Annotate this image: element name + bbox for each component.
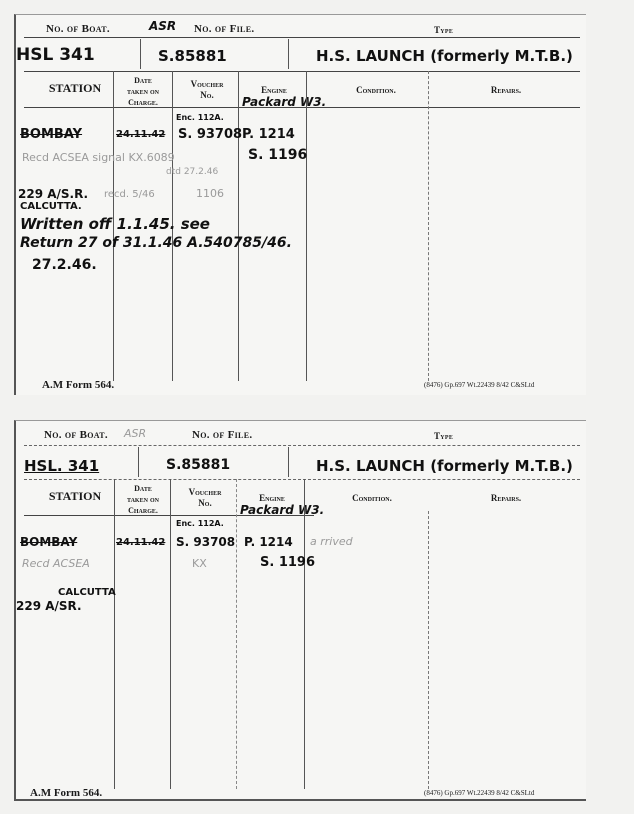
date-header: Datetaken onCharge. xyxy=(114,483,172,516)
file-number: S.85881 xyxy=(158,47,227,65)
engine-entry-2: S. 1196 xyxy=(260,555,315,570)
faint-entry: Recd ACSEA signal KX.6089 xyxy=(22,151,175,164)
form-number: A.M Form 564. xyxy=(42,379,114,391)
faint-entry: Recd ACSEA xyxy=(22,557,90,570)
boat-annotation: ASR xyxy=(149,19,176,33)
boat-number: HSL. 341 xyxy=(24,457,99,475)
engine-entry-2: S. 1196 xyxy=(248,147,307,163)
repairs-header: Repairs. xyxy=(436,493,576,504)
remark-line-1: Written off 1.1.45. see xyxy=(20,215,210,233)
boat-annotation: ASR xyxy=(124,427,146,440)
repairs-header: Repairs. xyxy=(436,85,576,96)
voucher-header: VoucherNo. xyxy=(174,79,240,101)
type-label: Type xyxy=(434,431,453,441)
condition-header: Condition. xyxy=(312,493,432,504)
engine-entry-1: P. 1214 xyxy=(244,535,293,549)
station-header: STATION xyxy=(30,83,120,94)
file-no-label: No. of File. xyxy=(194,23,254,35)
boat-type: H.S. LAUNCH (formerly M.T.B.) xyxy=(316,457,573,475)
boat-no-label: No. of Boat. xyxy=(46,23,110,35)
voucher-note: Enc. 112A. xyxy=(176,113,224,122)
remark-line-3: 27.2.46. xyxy=(32,257,97,273)
date-entry-1: 24.11.42 xyxy=(116,537,165,548)
form-number: A.M Form 564. xyxy=(30,787,102,799)
station-entry-2: 229 A/S.R. xyxy=(18,187,88,201)
boat-number: HSL 341 xyxy=(16,45,95,65)
station-entry-2: 229 A/SR. xyxy=(16,599,82,613)
station-entry-2-note: recd. 5/46 xyxy=(104,189,155,200)
condition-faint-entry: a rrived xyxy=(310,535,353,548)
boat-no-label: No. of Boat. xyxy=(44,429,108,441)
station-entry-2b: CALCUTTA. xyxy=(20,201,82,212)
condition-header: Condition. xyxy=(316,85,436,96)
voucher-entry-1: S. 93708 xyxy=(176,535,235,549)
station-header: STATION xyxy=(30,491,120,502)
print-code: (8476) Gp.697 Wt.22439 8/42 C&SLtd xyxy=(424,381,534,389)
station-entry-1: BOMBAY xyxy=(20,535,77,549)
remark-line-2: Return 27 of 31.1.46 A.540785/46. xyxy=(20,235,292,251)
boat-record-card-2: No. of Boat. ASR No. of File. Type HSL. … xyxy=(14,420,586,801)
station-entry-2b: CALCUTTA xyxy=(58,587,116,598)
voucher-header: VoucherNo. xyxy=(172,487,238,509)
print-code: (8476) Gp.697 Wt.22439 8/42 C&SLtd xyxy=(424,789,534,797)
faint-entry-2: dtd 27.2.46 xyxy=(166,167,218,177)
voucher-entry-2: 1106 xyxy=(196,187,224,200)
boat-record-card-1: No. of Boat. ASR No. of File. Type HSL 3… xyxy=(14,14,586,395)
date-header: Datetaken onCharge. xyxy=(114,75,172,108)
file-no-label: No. of File. xyxy=(192,429,252,441)
date-entry-1: 24.11.42 xyxy=(116,129,165,140)
voucher-entry-1: S. 93708 xyxy=(178,127,242,142)
file-number: S.85881 xyxy=(166,457,230,473)
type-label: Type xyxy=(434,25,453,35)
boat-type: H.S. LAUNCH (formerly M.T.B.) xyxy=(316,47,573,65)
voucher-faint-entry: KX xyxy=(192,557,207,570)
voucher-note: Enc. 112A. xyxy=(176,519,224,528)
station-entry-1: BOMBAY xyxy=(20,127,82,142)
engine-entry-1: P. 1214 xyxy=(242,127,295,142)
